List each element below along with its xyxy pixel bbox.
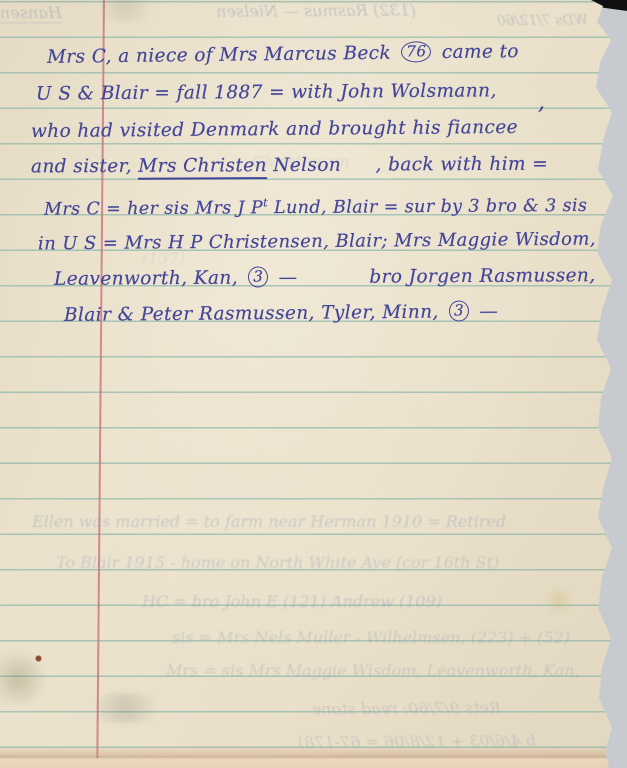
bleedthrough-date: WDs 7/12/60 (440, 12, 588, 29)
bleedthrough-bottom-6: Rets 9/7/60: read stone (286, 698, 501, 719)
handwriting-line-3: who had visited Denmark and brought his … (31, 117, 518, 142)
gray-smudge-stain (82, 693, 168, 723)
bleedthrough-bottom-4: sis = Mrs Nels Muller - Wilhelmsen, (223… (172, 628, 572, 647)
line4-text: and sister, (31, 156, 132, 178)
yellow-stain (543, 586, 575, 614)
bleedthrough-bottom-2: To Blair 1915 - home on North White Ave … (56, 553, 486, 572)
page-bottom-edge (0, 746, 627, 768)
line5-superscript: t (263, 195, 268, 209)
handwriting-line-5: Mrs C = her sis Mrs J Pt Lund, Blair = s… (44, 193, 587, 220)
bleedthrough-bottom-1: Ellen was married = to farm near Herman … (32, 512, 592, 531)
circled-number-76: 76 (401, 41, 431, 62)
line4-surname: Nelson (273, 155, 341, 176)
handwriting-line-8: Blair & Peter Rasmussen, Tyler, Minn, 3 … (64, 301, 498, 327)
handwriting-line-2-trailing-comma: , (538, 90, 545, 115)
bleedthrough-heading-surname: Hansen (0, 3, 62, 23)
ruled-lines (0, 0, 627, 768)
line4-underlined-name: Mrs Christen (138, 155, 267, 180)
circled-number-3b: 3 (449, 300, 469, 321)
notebook-paper: (132) Rasmus — Nielsen Hansen WDs 7/12/6… (0, 0, 627, 768)
handwriting-line-2: U S & Blair = fall 1887 = with John Wols… (36, 80, 497, 104)
line8-text: Blair & Peter Rasmussen, Tyler, Minn, (64, 302, 439, 326)
circled-number-3a: 3 (248, 266, 268, 287)
line7-text-after: bro Jorgen Rasmussen, (369, 265, 595, 288)
line5-text-after: Lund, Blair = sur by 3 bro & 3 sis (274, 196, 587, 218)
line7-text: Leavenworth, Kan, (54, 268, 238, 290)
line1-text: Mrs C, a niece of Mrs Marcus Beck (47, 43, 391, 68)
handwriting-line-4: and sister, Mrs Christen Nelson , back w… (31, 154, 548, 178)
bleedthrough-bottom-5: Mrs = sis Mrs Maggie Wisdom, Leavenworth… (166, 661, 571, 680)
bleedthrough-bottom-3: HC = bro John E (121) Andrew (109) (142, 592, 482, 611)
bleedthrough-heading-text: (132) Rasmus — Nielsen (216, 1, 416, 22)
line8-dash: — (479, 301, 498, 322)
line5-text: Mrs C = her sis Mrs J P (44, 198, 263, 220)
line4-text-after: , back with him = (375, 154, 548, 176)
line7-dash: — (278, 267, 297, 288)
scanned-notebook-page: (132) Rasmus — Nielsen Hansen WDs 7/12/6… (0, 0, 627, 768)
bleedthrough-heading: (132) Rasmus — Nielsen Hansen (0, 1, 416, 24)
handwriting-line-7: Leavenworth, Kan, 3 — bro Jorgen Rasmuss… (54, 265, 596, 291)
line1-text-after: came to (442, 41, 519, 63)
